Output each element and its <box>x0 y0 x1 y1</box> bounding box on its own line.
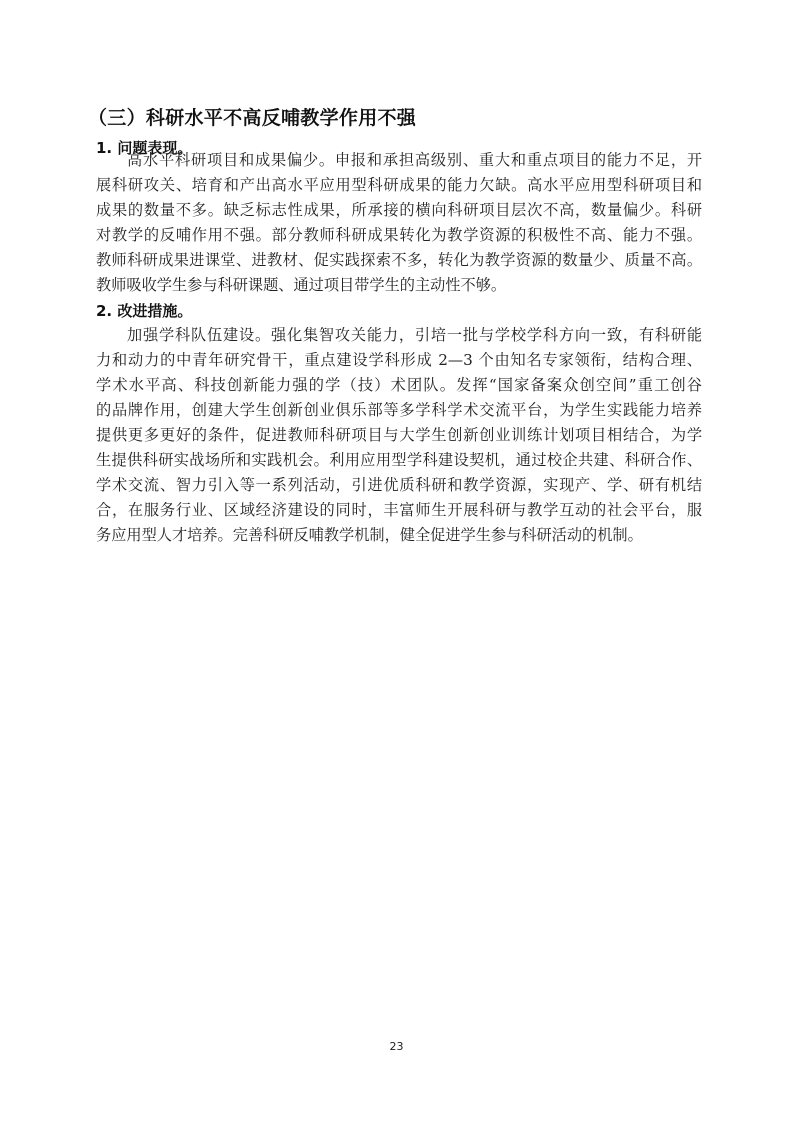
text-line: 提供更多更好的条件，促进教师科研项目与大学生创新创业训练计划项目相结合，为学 <box>96 423 702 448</box>
text-line: 生提供科研实战场所和实践机会。利用应用型学科建设契机，通过校企共建、科研合作、 <box>96 448 702 473</box>
text-line: 教师科研成果进课堂、进教材、促实践探索不多，转化为教学资源的数量少、质量不高。 <box>96 248 702 273</box>
text-line: 学术水平高、科技创新能力强的学（技）术团队。发挥“国家备案众创空间”重工创谷 <box>96 373 702 398</box>
text-line: 展科研攻关、培育和产出高水平应用型科研成果的能力欠缺。高水平应用型科研项目和 <box>96 173 702 198</box>
text-line: 务应用型人才培养。完善科研反哺教学机制，健全促进学生参与科研活动的机制。 <box>96 523 702 548</box>
paragraph-improvements: 加强学科队伍建设。强化集智攻关能力，引培一批与学校学科方向一致，有科研能 力和动… <box>96 323 702 548</box>
paragraph-problems: 高水平科研项目和成果偏少。申报和承担高级别、重大和重点项目的能力不足，开 展科研… <box>96 148 702 298</box>
section-title: （三）科研水平不高反哺教学作用不强 <box>88 103 416 130</box>
text-line: 教师吸收学生参与科研课题、通过项目带学生的主动性不够。 <box>96 273 702 298</box>
text-line: 加强学科队伍建设。强化集智攻关能力，引培一批与学校学科方向一致，有科研能 <box>96 323 702 348</box>
text-line: 的品牌作用，创建大学生创新创业俱乐部等多学科学术交流平台，为学生实践能力培养 <box>96 398 702 423</box>
page-number: 23 <box>0 1040 793 1053</box>
text-line: 学术交流、智力引入等一系列活动，引进优质科研和教学资源，实现产、学、研有机结 <box>96 473 702 498</box>
text-line: 力和动力的中青年研究骨干，重点建设学科形成 2—3 个由知名专家领衔，结构合理、 <box>96 348 702 373</box>
subsection-heading-improvements: 2. 改进措施。 <box>96 300 192 321</box>
text-line: 高水平科研项目和成果偏少。申报和承担高级别、重大和重点项目的能力不足，开 <box>96 148 702 173</box>
document-page: （三）科研水平不高反哺教学作用不强 1. 问题表现。 高水平科研项目和成果偏少。… <box>0 0 793 1122</box>
text-line: 成果的数量不多。缺乏标志性成果，所承接的横向科研项目层次不高，数量偏少。科研 <box>96 198 702 223</box>
text-line: 对教学的反哺作用不强。部分教师科研成果转化为教学资源的积极性不高、能力不强。 <box>96 223 702 248</box>
text-line: 合，在服务行业、区域经济建设的同时，丰富师生开展科研与教学互动的社会平台，服 <box>96 498 702 523</box>
